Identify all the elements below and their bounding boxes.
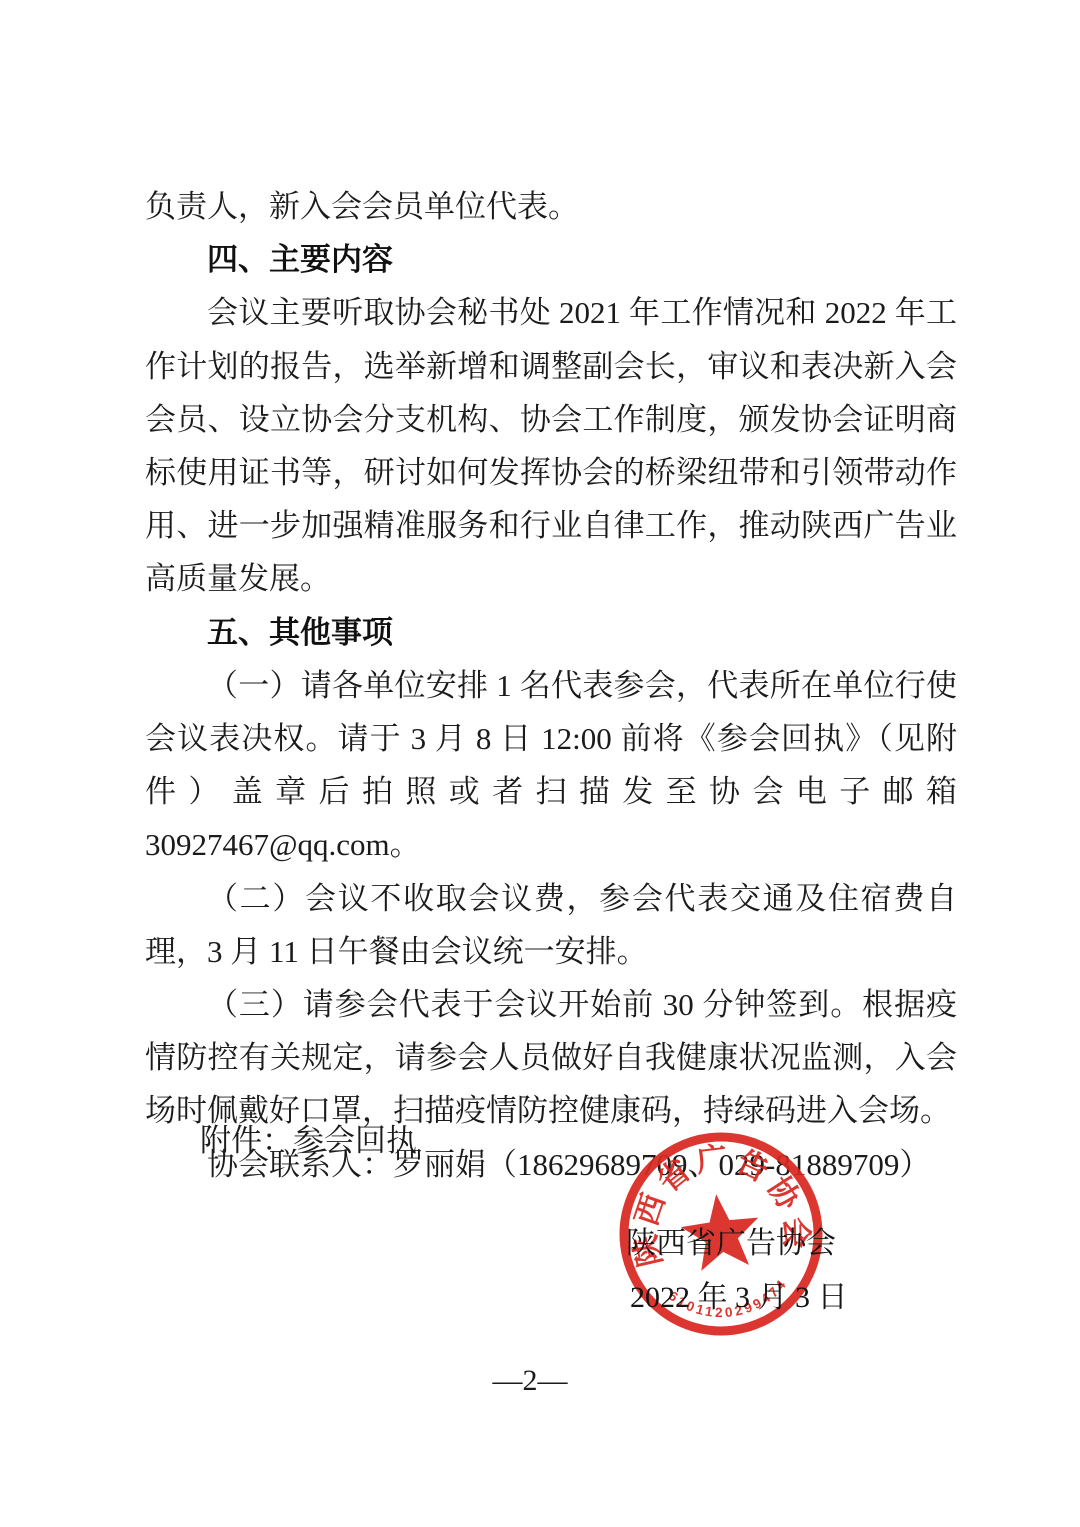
document-body: 负责人，新入会会员单位代表。 四、主要内容 会议主要听取协会秘书处 2021 年… bbox=[145, 180, 957, 1191]
paragraph-continuation: 负责人，新入会会员单位代表。 bbox=[145, 180, 957, 233]
paragraph-item-1: （一）请各单位安排 1 名代表参会，代表所在单位行使会议表决权。请于 3 月 8… bbox=[145, 659, 957, 872]
signature-date: 2022 年 3 月 3 日 bbox=[630, 1280, 848, 1316]
paragraph-item-3: （三）请参会代表于会议开始前 30 分钟签到。根据疫情防控有关规定，请参会人员做… bbox=[145, 978, 957, 1138]
page-number: —2— bbox=[0, 1364, 1060, 1398]
heading-section-4: 四、主要内容 bbox=[145, 233, 957, 286]
paragraph-item-2: （二）会议不收取会议费，参会代表交通及住宿费自理，3 月 11 日午餐由会议统一… bbox=[145, 872, 957, 978]
seal-ring-char: 广 bbox=[694, 1140, 729, 1179]
attachment-line: 附件：参会回执 bbox=[200, 1118, 417, 1164]
paragraph-section-4: 会议主要听取协会秘书处 2021 年工作情况和 2022 年工作计划的报告，选举… bbox=[145, 286, 957, 605]
signature-organization: 陕西省广告协会 bbox=[626, 1226, 836, 1262]
heading-section-5: 五、其他事项 bbox=[145, 606, 957, 659]
document-page: 负责人，新入会会员单位代表。 四、主要内容 会议主要听取协会秘书处 2021 年… bbox=[0, 0, 1080, 1527]
